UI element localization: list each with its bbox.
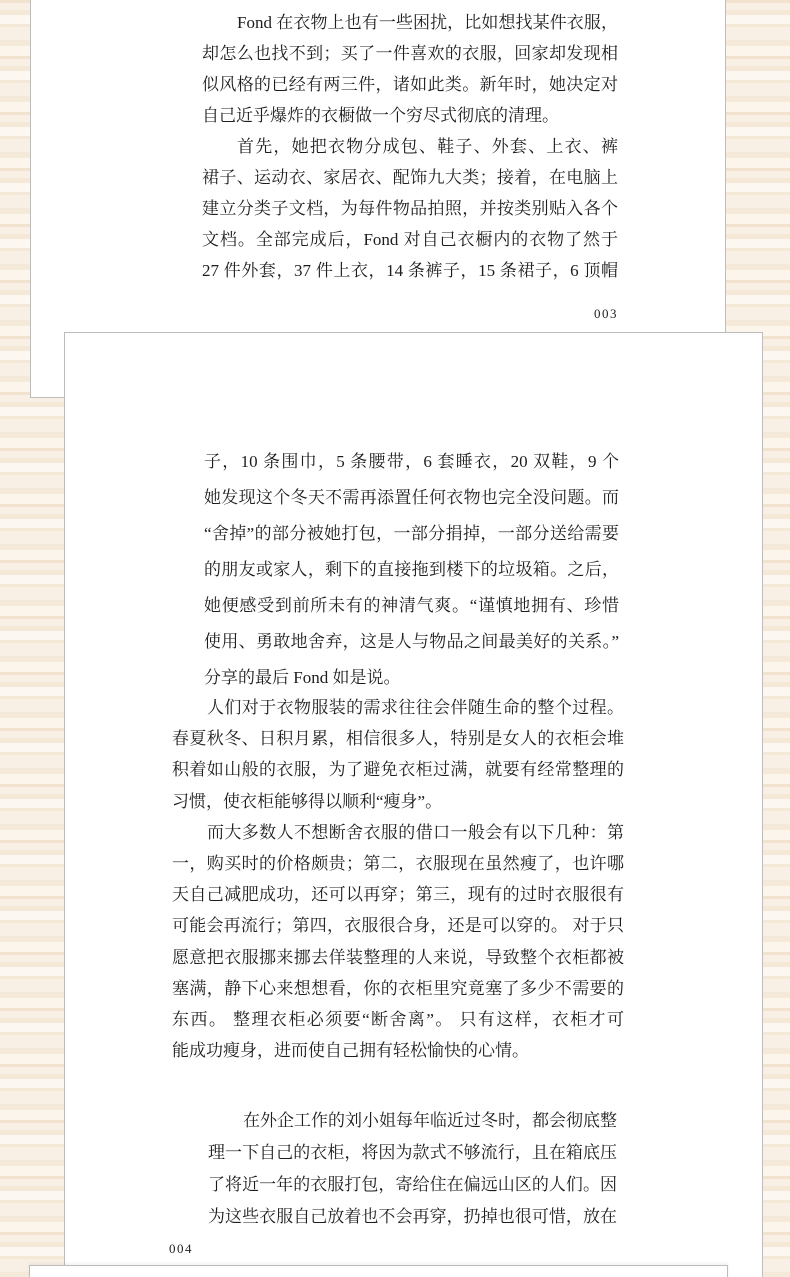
page-003-text-column: Fond 在衣物上也有一些困扰，比如想找某件衣服，却怎么也找不到；买了一件喜欢的… xyxy=(202,7,618,286)
text-line: 分享的最后 Fond 如是说。 xyxy=(204,660,619,696)
text-line: 文档。全部完成后，Fond 对自己衣橱内的衣物了然于心： xyxy=(202,224,618,255)
page-004-indented-quote: 在外企工作的刘小姐每年临近过冬时，都会彻底整理一下自己的衣柜，将因为款式不够流行… xyxy=(208,1105,617,1233)
next-page-top-edge xyxy=(29,1265,728,1277)
text-line: Fond 在衣物上也有一些困扰，比如想找某件衣服， xyxy=(202,7,618,38)
text-line: 而大多数人不想断舍衣服的借口一般会有以下几种：第 xyxy=(172,817,624,848)
text-line: 习惯，使衣柜能够得以顺利“瘦身”。 xyxy=(172,786,624,817)
text-line: 为这些衣服自己放着也不会再穿，扔掉也很可惜，放在 xyxy=(208,1201,617,1233)
book-preview-photo: { "page_003": { "page_number": "003", "l… xyxy=(0,0,790,1277)
text-line: 她发现这个冬天不需再添置任何衣物也完全没问题。而 xyxy=(204,480,619,516)
text-line: 似风格的已经有两三件，诸如此类。新年时，她决定对 xyxy=(202,69,618,100)
text-line: 积着如山般的衣服，为了避免衣柜过满，就要有经常整理的 xyxy=(172,754,624,785)
text-line: 一，购买时的价格颇贵；第二，衣服现在虽然瘦了，也许哪 xyxy=(172,848,624,879)
text-line: 东西。 整理衣柜必须要“断舍离”。 只有这样，衣柜才可 xyxy=(172,1004,624,1035)
text-line: 人们对于衣物服装的需求往往会伴随生命的整个过程。 xyxy=(172,692,624,723)
text-line: 春夏秋冬、日积月累，相信很多人，特别是女人的衣柜会堆 xyxy=(172,723,624,754)
text-line: 建立分类子文档，为每件物品拍照，并按类别贴入各个 xyxy=(202,193,618,224)
text-line: 裙子、运动衣、家居衣、配饰九大类；接着，在电脑上 xyxy=(202,162,618,193)
book-page-004: 子，10 条围巾，5 条腰带，6 套睡衣，20 双鞋，9 个包。她发现这个冬天不… xyxy=(64,332,763,1277)
page-number-003: 003 xyxy=(594,306,618,322)
text-line: 了将近一年的衣服打包，寄给住在偏远山区的人们。因 xyxy=(208,1169,617,1201)
text-line: 自己近乎爆炸的衣橱做一个穷尽式彻底的清理。 xyxy=(202,100,618,131)
text-line: “舍掉”的部分被她打包，一部分捐掉，一部分送给需要 xyxy=(204,516,619,552)
text-line: 却怎么也找不到；买了一件喜欢的衣服，回家却发现相 xyxy=(202,38,618,69)
text-line: 塞满，静下心来想想看，你的衣柜里究竟塞了多少不需要的 xyxy=(172,973,624,1004)
page-004-paragraph-continuation: 子，10 条围巾，5 条腰带，6 套睡衣，20 双鞋，9 个包。她发现这个冬天不… xyxy=(204,444,619,696)
text-line: 在外企工作的刘小姐每年临近过冬时，都会彻底整 xyxy=(208,1105,617,1137)
page-number-004: 004 xyxy=(169,1241,193,1257)
text-line: 使用、勇敢地舍弃，这是人与物品之间最美好的关系。” xyxy=(204,624,619,660)
text-line: 能成功瘦身，进而使自己拥有轻松愉快的心情。 xyxy=(172,1035,624,1066)
text-line: 可能会再流行；第四，衣服很合身，还是可以穿的。 对于只 xyxy=(172,910,624,941)
text-line: 天自己减肥成功，还可以再穿；第三，现有的过时衣服很有 xyxy=(172,879,624,910)
text-line: 理一下自己的衣柜，将因为款式不够流行，且在箱底压 xyxy=(208,1137,617,1169)
text-line: 的朋友或家人，剩下的直接拖到楼下的垃圾箱。之后， xyxy=(204,552,619,588)
text-line: 首先，她把衣物分成包、鞋子、外套、上衣、裤子、 xyxy=(202,131,618,162)
text-line: 子，10 条围巾，5 条腰带，6 套睡衣，20 双鞋，9 个包。 xyxy=(204,444,619,480)
page-004-body-text: 人们对于衣物服装的需求往往会伴随生命的整个过程。春夏秋冬、日积月累，相信很多人，… xyxy=(172,692,624,1066)
text-line: 27 件外套，37 件上衣，14 条裤子，15 条裙子，6 顶帽 xyxy=(202,255,618,286)
text-line: 愿意把衣服挪来挪去佯装整理的人来说，导致整个衣柜都被 xyxy=(172,942,624,973)
text-line: 她便感受到前所未有的神清气爽。“谨慎地拥有、珍惜地 xyxy=(204,588,619,624)
